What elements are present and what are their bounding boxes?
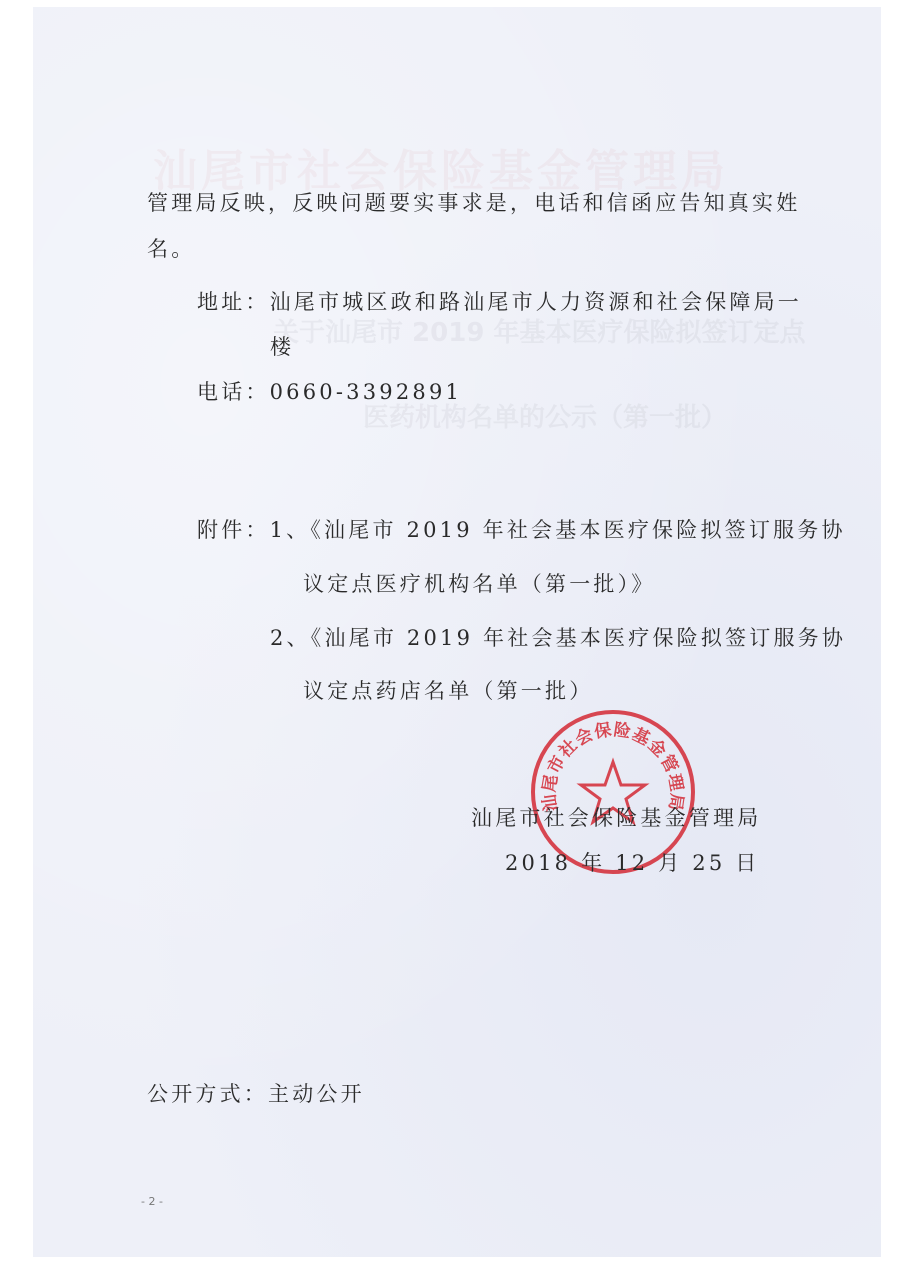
attachment-1-line-2: 议定点医疗机构名单（第一批）》 — [303, 574, 656, 595]
attachment-2-line-2: 议定点药店名单（第一批） — [303, 681, 593, 702]
disclosure-method: 公开方式：主动公开 — [147, 1084, 365, 1105]
bleed-through-line-1: 关于汕尾市 2019 年基本医疗保险拟签订定点 — [273, 312, 805, 349]
address-line-1: 地址：汕尾市城区政和路汕尾市人力资源和社会保障局一 — [197, 292, 802, 313]
phone-line: 电话：0660-3392891 — [197, 382, 462, 403]
attachment-2-line-1: 2、《汕尾市 2019 年社会基本医疗保险拟签订服务协 — [270, 628, 846, 649]
scanned-page: 汕尾市社会保险基金管理局 关于汕尾市 2019 年基本医疗保险拟签订定点 医药机… — [33, 7, 881, 1257]
bleed-through-title: 汕尾市社会保险基金管理局 — [153, 135, 729, 199]
page-number: - 2 - — [141, 1195, 163, 1208]
attachment-1-line-1: 附件：1、《汕尾市 2019 年社会基本医疗保险拟签订服务协 — [197, 520, 846, 541]
address-line-2: 楼 — [270, 337, 294, 358]
body-paragraph-line-1: 管理局反映，反映问题要实事求是，电话和信函应告知真实姓 — [147, 193, 800, 214]
issue-date: 2018 年 12 月 25 日 — [505, 853, 759, 874]
issuing-organization: 汕尾市社会保险基金管理局 — [471, 808, 761, 829]
body-paragraph-line-2: 名。 — [147, 239, 195, 260]
